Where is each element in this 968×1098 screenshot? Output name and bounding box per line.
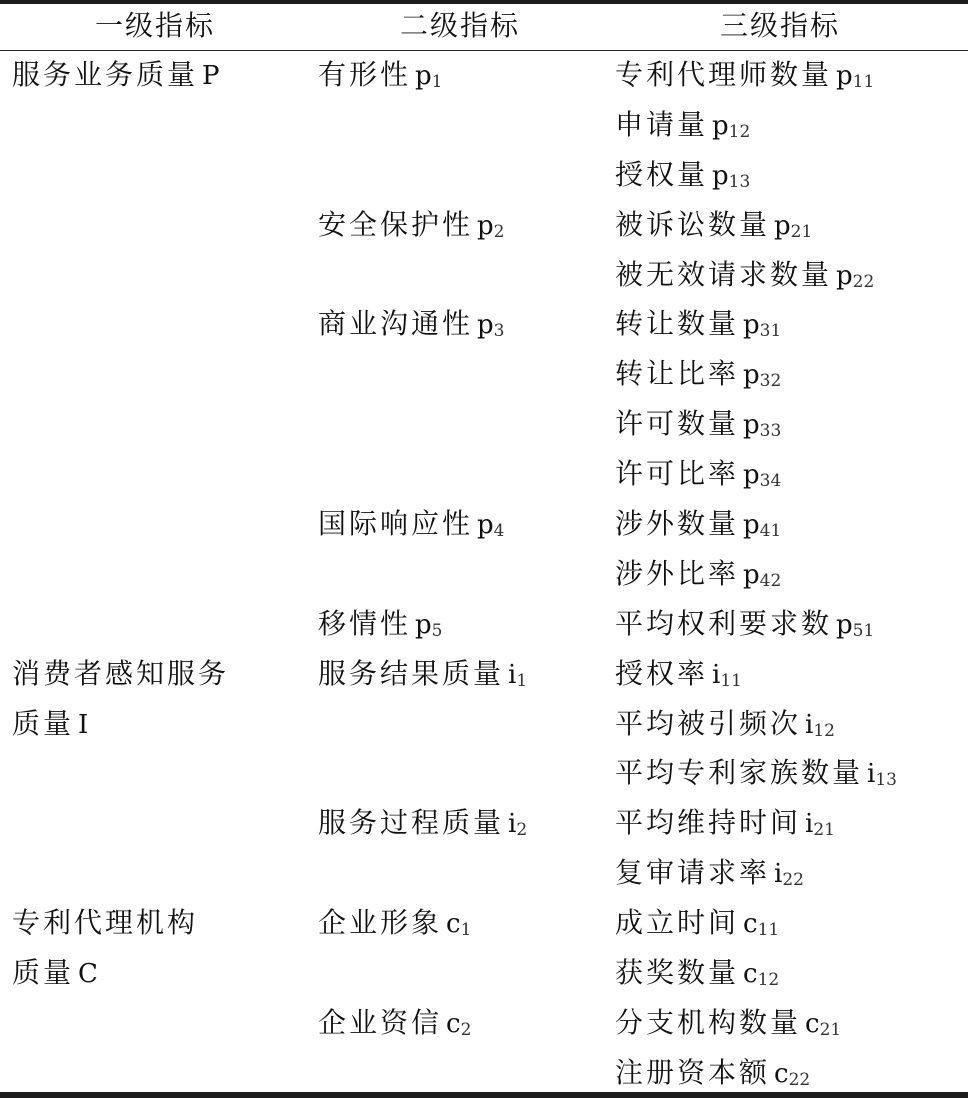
level3-symbol: c [805, 1009, 820, 1039]
level1-symbol: P [202, 61, 220, 91]
level2-subscript: 1 [516, 671, 527, 691]
level3-cell: 许可数量p33 [615, 400, 781, 450]
level3-cell: 转让数量p31 [615, 300, 781, 350]
level3-cell: 成立时间c11 [615, 899, 779, 949]
level3-symbol: p [712, 161, 729, 191]
level3-subscript: 11 [720, 671, 742, 691]
level3-subscript: 21 [791, 222, 813, 242]
level3-cell: 转让比率p32 [615, 350, 781, 400]
level2-cell: 安全保护性p2 [318, 201, 505, 251]
table-row: 申请量p12 [0, 101, 968, 151]
level2-text: 安全保护性 [318, 208, 473, 241]
level2-cell: 国际响应性p4 [318, 500, 505, 550]
level3-text: 转让比率 [615, 357, 739, 390]
level2-subscript: 2 [461, 1020, 472, 1040]
level3-text: 申请量 [615, 108, 708, 141]
table-row: 平均专利家族数量i13 [0, 749, 968, 799]
level3-symbol: p [743, 510, 760, 540]
level3-symbol: p [836, 261, 853, 291]
level1-cell: 消费者感知服务 [12, 650, 229, 700]
level2-text: 商业沟通性 [318, 307, 473, 340]
level2-subscript: 2 [516, 820, 527, 840]
table-row: 被无效请求数量p22 [0, 251, 968, 301]
level3-subscript: 12 [729, 122, 751, 142]
level3-symbol: p [836, 61, 853, 91]
level3-text: 涉外比率 [615, 557, 739, 590]
level2-symbol: p [477, 310, 494, 340]
level3-symbol: p [743, 360, 760, 390]
level3-cell: 申请量p12 [615, 101, 750, 151]
level2-cell: 服务结果质量i1 [318, 650, 527, 700]
level3-text: 许可比率 [615, 457, 739, 490]
level3-text: 授权率 [615, 657, 708, 690]
level2-symbol: c [446, 909, 461, 939]
level3-symbol: p [712, 111, 729, 141]
level2-text: 移情性 [318, 607, 411, 640]
level2-symbol: p [477, 510, 494, 540]
level3-subscript: 22 [782, 870, 804, 890]
level3-text: 被诉讼数量 [615, 208, 770, 241]
level2-text: 服务过程质量 [318, 806, 504, 839]
table-row: 专利代理机构 企业形象c1 成立时间c11 [0, 899, 968, 949]
level2-cell: 商业沟通性p3 [318, 300, 505, 350]
level2-text: 国际响应性 [318, 507, 473, 540]
level3-cell: 注册资本额c22 [615, 1049, 810, 1098]
level3-cell: 获奖数量c12 [615, 949, 779, 999]
header-level1: 一级指标 [60, 4, 250, 50]
level3-subscript: 21 [813, 820, 835, 840]
level1-symbol: C [78, 959, 98, 989]
header-level2: 二级指标 [360, 4, 560, 50]
level1-text: 专利代理机构 [12, 906, 198, 939]
level1-text: 服务业务质量 [12, 58, 198, 91]
table-row: 复审请求率i22 [0, 849, 968, 899]
level3-text: 复审请求率 [615, 856, 770, 889]
level3-text: 注册资本额 [615, 1056, 770, 1089]
table-row: 商业沟通性p3 转让数量p31 [0, 300, 968, 350]
level2-cell: 移情性p5 [318, 600, 443, 650]
level3-subscript: 21 [820, 1020, 842, 1040]
level2-subscript: 3 [494, 321, 505, 341]
level2-text: 有形性 [318, 58, 411, 91]
level3-text: 成立时间 [615, 906, 739, 939]
level3-text: 涉外数量 [615, 507, 739, 540]
level3-subscript: 12 [813, 721, 835, 741]
level3-subscript: 31 [760, 321, 782, 341]
table-row: 质量C 获奖数量c12 [0, 949, 968, 999]
table-row: 服务过程质量i2 平均维持时间i21 [0, 799, 968, 849]
level3-cell: 平均被引频次i12 [615, 700, 835, 750]
level3-symbol: p [774, 211, 791, 241]
level3-subscript: 22 [789, 1070, 811, 1090]
level3-text: 专利代理师数量 [615, 58, 832, 91]
level3-cell: 被无效请求数量p22 [615, 251, 874, 301]
level2-symbol: p [415, 610, 432, 640]
level3-text: 授权量 [615, 158, 708, 191]
level3-symbol: p [743, 410, 760, 440]
level3-subscript: 11 [853, 72, 875, 92]
level2-symbol: p [415, 61, 432, 91]
level3-cell: 平均专利家族数量i13 [615, 749, 897, 799]
level3-symbol: c [743, 959, 758, 989]
table-body: 服务业务质量P 有形性p1 专利代理师数量p11 申请量p12 授权量p13 安… [0, 51, 968, 1098]
table-header: 一级指标 二级指标 三级指标 [0, 4, 968, 50]
level2-text: 企业形象 [318, 906, 442, 939]
level3-text: 获奖数量 [615, 956, 739, 989]
level2-symbol: p [477, 211, 494, 241]
level3-subscript: 13 [729, 172, 751, 192]
level2-cell: 有形性p1 [318, 51, 443, 101]
level3-cell: 涉外数量p41 [615, 500, 781, 550]
level2-subscript: 5 [432, 621, 443, 641]
table-row: 消费者感知服务 服务结果质量i1 授权率i11 [0, 650, 968, 700]
table-row: 质量I 平均被引频次i12 [0, 700, 968, 750]
level3-cell: 授权率i11 [615, 650, 742, 700]
level1-cell: 专利代理机构 [12, 899, 198, 949]
level3-subscript: 34 [760, 471, 782, 491]
level2-cell: 企业形象c1 [318, 899, 471, 949]
level3-subscript: 42 [760, 571, 782, 591]
level3-cell: 授权量p13 [615, 151, 750, 201]
level3-cell: 涉外比率p42 [615, 550, 781, 600]
level2-text: 服务结果质量 [318, 657, 504, 690]
level3-subscript: 32 [760, 371, 782, 391]
level3-subscript: 13 [875, 770, 897, 790]
level3-cell: 许可比率p34 [615, 450, 781, 500]
table-row: 许可比率p34 [0, 450, 968, 500]
level3-symbol: c [774, 1059, 789, 1089]
level3-text: 转让数量 [615, 307, 739, 340]
table-row: 转让比率p32 [0, 350, 968, 400]
table-row: 国际响应性p4 涉外数量p41 [0, 500, 968, 550]
header-level3: 三级指标 [680, 4, 880, 50]
level3-cell: 分支机构数量c21 [615, 999, 841, 1049]
level1-text: 质量 [12, 707, 74, 740]
table-row: 许可数量p33 [0, 400, 968, 450]
level2-subscript: 1 [461, 920, 472, 940]
level3-text: 平均被引频次 [615, 707, 801, 740]
level3-text: 分支机构数量 [615, 1006, 801, 1039]
level1-text: 消费者感知服务 [12, 657, 229, 690]
table-row: 企业资信c2 分支机构数量c21 [0, 999, 968, 1049]
level3-subscript: 33 [760, 421, 782, 441]
level3-cell: 被诉讼数量p21 [615, 201, 812, 251]
level3-text: 平均专利家族数量 [615, 756, 863, 789]
level3-symbol: p [743, 310, 760, 340]
level1-cell: 质量I [12, 700, 88, 750]
table-row: 授权量p13 [0, 151, 968, 201]
level3-subscript: 12 [758, 970, 780, 990]
level3-text: 平均维持时间 [615, 806, 801, 839]
level3-cell: 复审请求率i22 [615, 849, 804, 899]
level3-cell: 专利代理师数量p11 [615, 51, 874, 101]
table-row: 注册资本额c22 [0, 1049, 968, 1098]
level3-text: 被无效请求数量 [615, 258, 832, 291]
level3-text: 平均权利要求数 [615, 607, 832, 640]
level2-subscript: 1 [432, 72, 443, 92]
level3-symbol: p [743, 460, 760, 490]
level3-symbol: p [836, 610, 853, 640]
table-bottom-rule [0, 1092, 968, 1098]
level2-cell: 企业资信c2 [318, 999, 471, 1049]
table-row: 服务业务质量P 有形性p1 专利代理师数量p11 [0, 51, 968, 101]
level2-subscript: 2 [494, 222, 505, 242]
level3-subscript: 51 [853, 621, 875, 641]
level1-cell: 质量C [12, 949, 98, 999]
table-row: 移情性p5 平均权利要求数p51 [0, 600, 968, 650]
level3-cell: 平均维持时间i21 [615, 799, 835, 849]
level3-subscript: 22 [853, 272, 875, 292]
level3-text: 许可数量 [615, 407, 739, 440]
level2-text: 企业资信 [318, 1006, 442, 1039]
level3-symbol: p [743, 560, 760, 590]
level2-subscript: 4 [494, 521, 505, 541]
level2-symbol: c [446, 1009, 461, 1039]
level3-subscript: 41 [760, 521, 782, 541]
level1-cell: 服务业务质量P [12, 51, 220, 101]
level3-cell: 平均权利要求数p51 [615, 600, 874, 650]
level2-cell: 服务过程质量i2 [318, 799, 527, 849]
level1-symbol: I [78, 710, 88, 740]
table-row: 安全保护性p2 被诉讼数量p21 [0, 201, 968, 251]
level1-text: 质量 [12, 956, 74, 989]
level3-symbol: c [743, 909, 758, 939]
table-row: 涉外比率p42 [0, 550, 968, 600]
level3-subscript: 11 [758, 920, 780, 940]
